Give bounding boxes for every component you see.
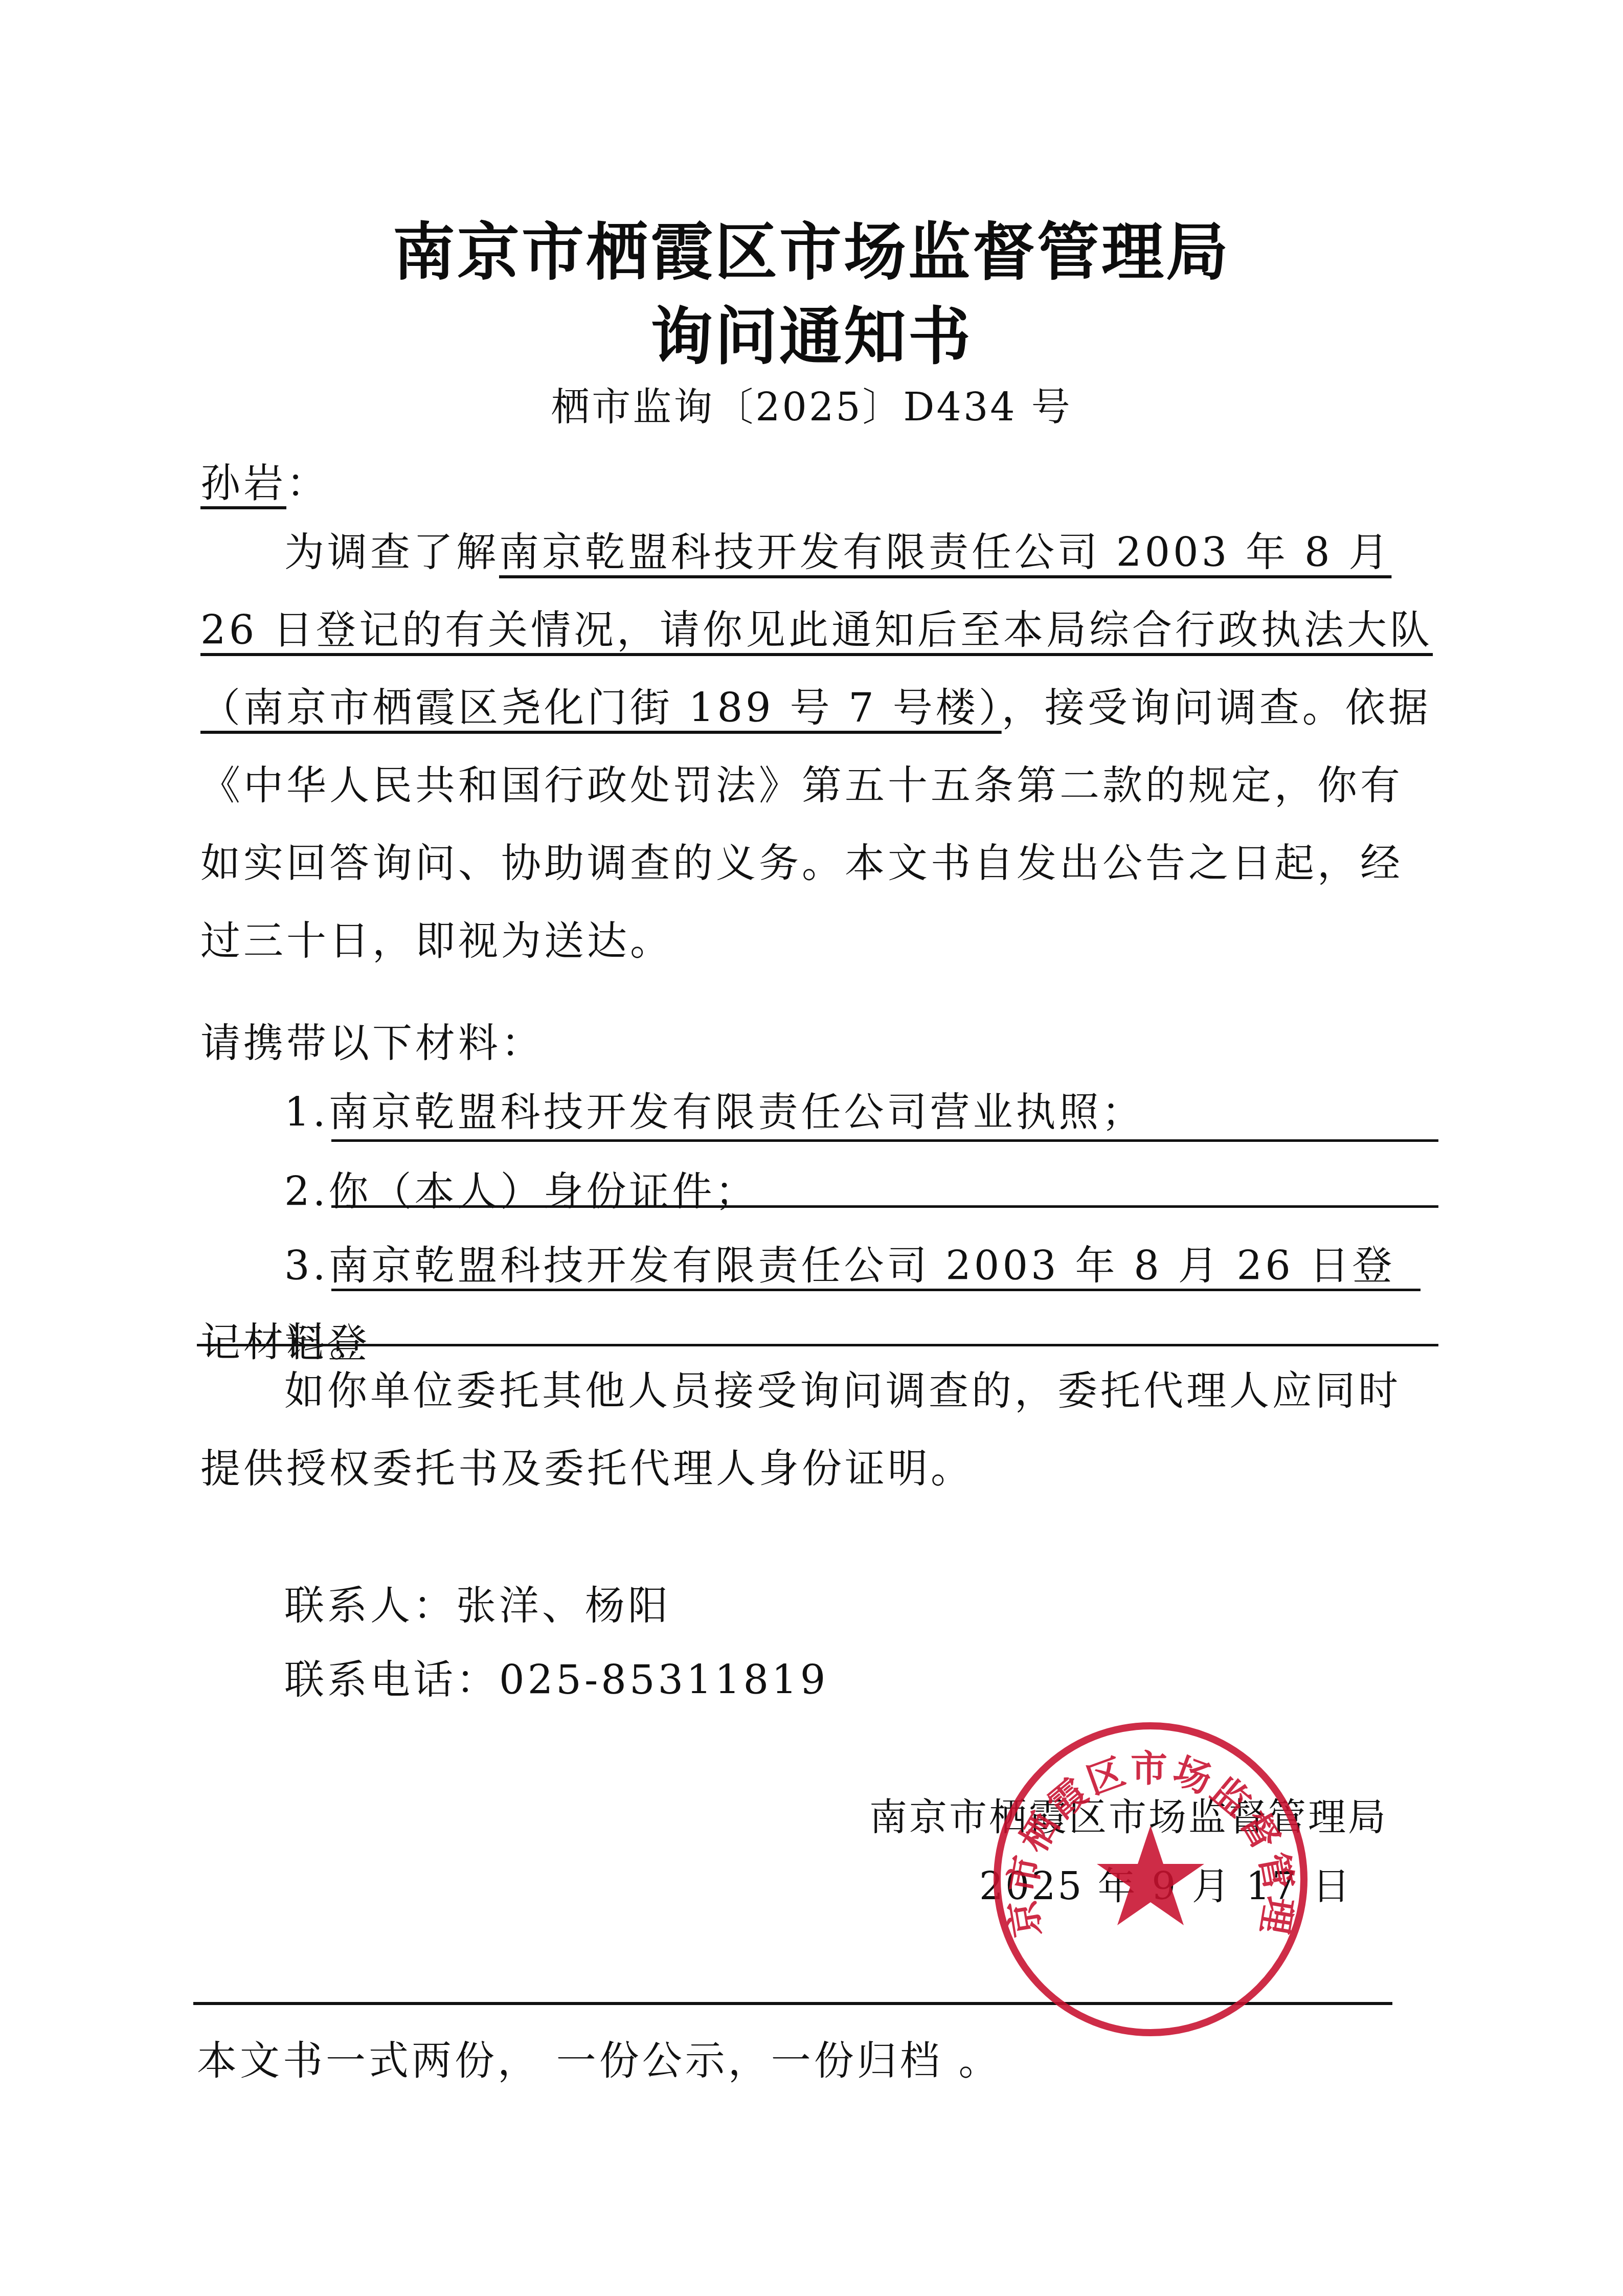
issuer-name: 南京市栖霞区市场监督管理局: [869, 1787, 1388, 1841]
contact-person-label: 联系人：: [284, 1583, 456, 1629]
materials-heading: 请携带以下材料：: [200, 1005, 1438, 1083]
document-type-title: 询问通知书: [0, 286, 1623, 376]
addressee: 孙岩：: [200, 445, 1438, 523]
addressee-colon: ：: [286, 461, 329, 507]
footer-note: 本文书一式两份， 一份公示，一份归档 。: [197, 2029, 1002, 2086]
page-title: 南京市栖霞区市场监督管理局: [0, 202, 1623, 291]
contact-person: 联系人：张洋、杨阳: [200, 1567, 1522, 1645]
fill-line: [331, 1289, 1421, 1291]
material-number: 2.: [284, 1169, 328, 1215]
material-item: 2.你（本人）身份证件；: [200, 1153, 1438, 1231]
paragraph-summons: 为调查了解南京乾盟科技开发有限责任公司 2003 年 8 月 26 日登记的有关…: [200, 514, 1438, 980]
material-text: 南京乾盟科技开发有限责任公司营业执照；: [328, 1090, 1144, 1136]
issue-date: 2025 年 9 月 17 日: [979, 1856, 1352, 1910]
contact-phone-label: 联系电话：: [284, 1657, 499, 1703]
material-number: 1.: [284, 1090, 328, 1136]
fill-line: [331, 1139, 1438, 1142]
material-text: 你（本人）身份证件；: [328, 1169, 758, 1215]
paragraph-proxy: 如你单位委托其他人员接受询问调查的，委托代理人应同时提供授权委托书及委托代理人身…: [200, 1353, 1438, 1508]
contact-phone: 联系电话：025-85311819: [200, 1641, 1522, 1719]
addressee-name: 孙岩: [200, 461, 286, 507]
fill-line: [197, 1344, 1438, 1346]
footer-divider: [193, 2002, 1392, 2005]
material-number: 3.: [284, 1243, 328, 1289]
fill-line: [331, 1205, 1438, 1208]
contact-person-value: 张洋、杨阳: [456, 1583, 671, 1629]
notice-page: 南京市栖霞区市场监督管理局 询问通知书 栖市监询〔2025〕D434 号 孙岩：…: [0, 0, 1623, 2296]
document-number: 栖市监询〔2025〕D434 号: [0, 376, 1623, 432]
contact-phone-value: 025-85311819: [499, 1657, 828, 1703]
paragraph-prefix: 为调查了解: [284, 530, 499, 576]
